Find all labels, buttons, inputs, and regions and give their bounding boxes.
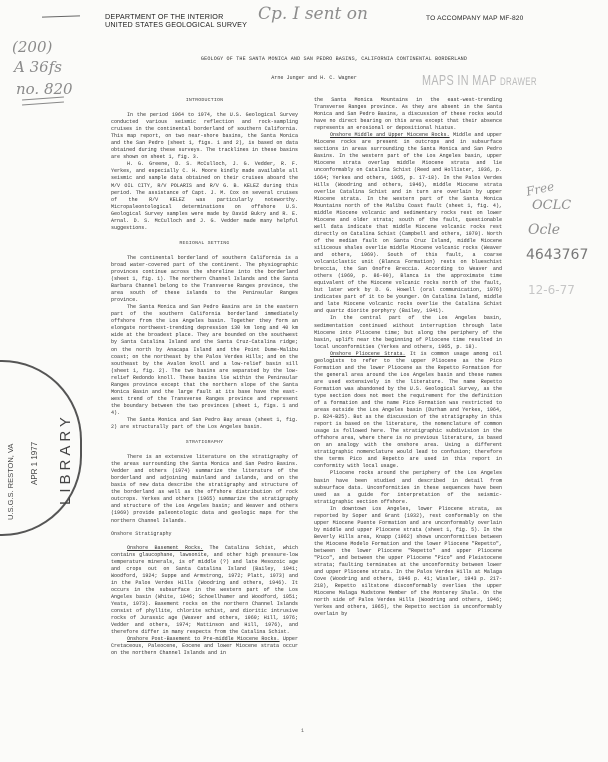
maps-stamp-small: DRAWER [500,76,537,88]
miocene-paragraph: Onshore Middle and Upper Miocene Rocks. … [314,132,502,315]
handwritten-call-number-2: A 36fs [14,58,62,76]
heading-introduction: INTRODUCTION [111,97,298,104]
pliocene-paragraph: Onshore Pliocene Strata. It is common us… [314,351,502,471]
miocene-text: Middle and upper Miocene rocks are prese… [314,132,502,314]
handwritten-call-number-1: (200) [12,38,52,56]
intro-paragraph-1: In the period 1964 to 1974, the U.S. Geo… [111,112,298,161]
right-column: the Santa Monica Mountains in the east-w… [314,97,502,618]
basement-rocks-title: Onshore Basement Rocks. [127,545,203,551]
stratigraphy-paragraph-1: There is an extensive literature on the … [111,454,298,524]
regional-paragraph-2: The Santa Monica and San Pedro Basins ar… [111,304,298,417]
regional-paragraph-1: The continental borderland of southern C… [111,255,298,304]
library-stamp-word: LIBRARY [57,413,74,505]
periphery-paragraph: Pliocene rocks around the periphery of t… [314,470,502,505]
downtown-paragraph: In downtown Los Angeles, lower Pliocene … [314,506,502,619]
handwritten-date: 12-6-77 [528,283,575,297]
left-column: INTRODUCTION In the period 1964 to 1974,… [111,97,298,657]
handwritten-note-right-3: Ocle [528,222,560,238]
pliocene-title: Onshore Pliocene Strata. [330,351,406,357]
library-stamp-arc-text: U.S.G.S. RESTON, VA [6,444,15,520]
post-basement-paragraph: Onshore Post-Basement to Pre-middle Mioc… [111,636,298,657]
library-stamp-date: APR 1 1977 [30,442,39,485]
maps-in-map-drawer-stamp: MAPS IN MAP DRAWER [422,72,537,89]
central-basin-paragraph: In the central part of the Los Angeles b… [314,315,502,350]
basement-rocks-text: The Catalina Schist, which contains glau… [111,545,298,636]
heading-onshore-stratigraphy: Onshore Stratigraphy [111,531,298,538]
document-title: GEOLOGY OF THE SANTA MONICA AND SAN PEDR… [0,56,608,62]
survey-name: UNITED STATES GEOLOGICAL SURVEY [105,21,247,29]
accompany-map-note: TO ACCOMPANY MAP MF-820 [426,15,524,22]
intro-paragraph-2: H. G. Greene, D. S. McCulloch, J. G. Ved… [111,161,298,231]
pliocene-text: It is common usage among oil geologists … [314,351,502,470]
basement-rocks-paragraph: Onshore Basement Rocks. The Catalina Sch… [111,545,298,637]
handwritten-call-number-3: no. 820 [16,80,73,98]
heading-stratigraphy: STRATIGRAPHY [111,439,298,446]
heading-regional-setting: REGIONAL SETTING [111,240,298,247]
handwritten-oclc-number: 4643767 [526,247,588,263]
handwritten-note-right-2: OCLC [532,198,571,213]
handwritten-note-right-1: Free [525,179,556,199]
handwritten-note-top: Cp. I sent on [258,4,368,24]
maps-stamp-big: MAPS IN MAP [422,72,497,89]
continued-paragraph: the Santa Monica Mountains in the east-w… [314,97,502,132]
regional-paragraph-3: The Santa Monica and San Pedro Bay areas… [111,417,298,431]
miocene-title: Onshore Middle and Upper Miocene Rocks. [330,132,450,138]
page-number: 1 [301,728,304,734]
handwritten-rule-bottom-2 [22,102,64,106]
agency-header: DEPARTMENT OF THE INTERIOR UNITED STATES… [105,13,247,29]
post-basement-title: Onshore Post-Basement to Pre-middle Mioc… [127,636,280,642]
handwritten-rule-top [42,15,80,17]
